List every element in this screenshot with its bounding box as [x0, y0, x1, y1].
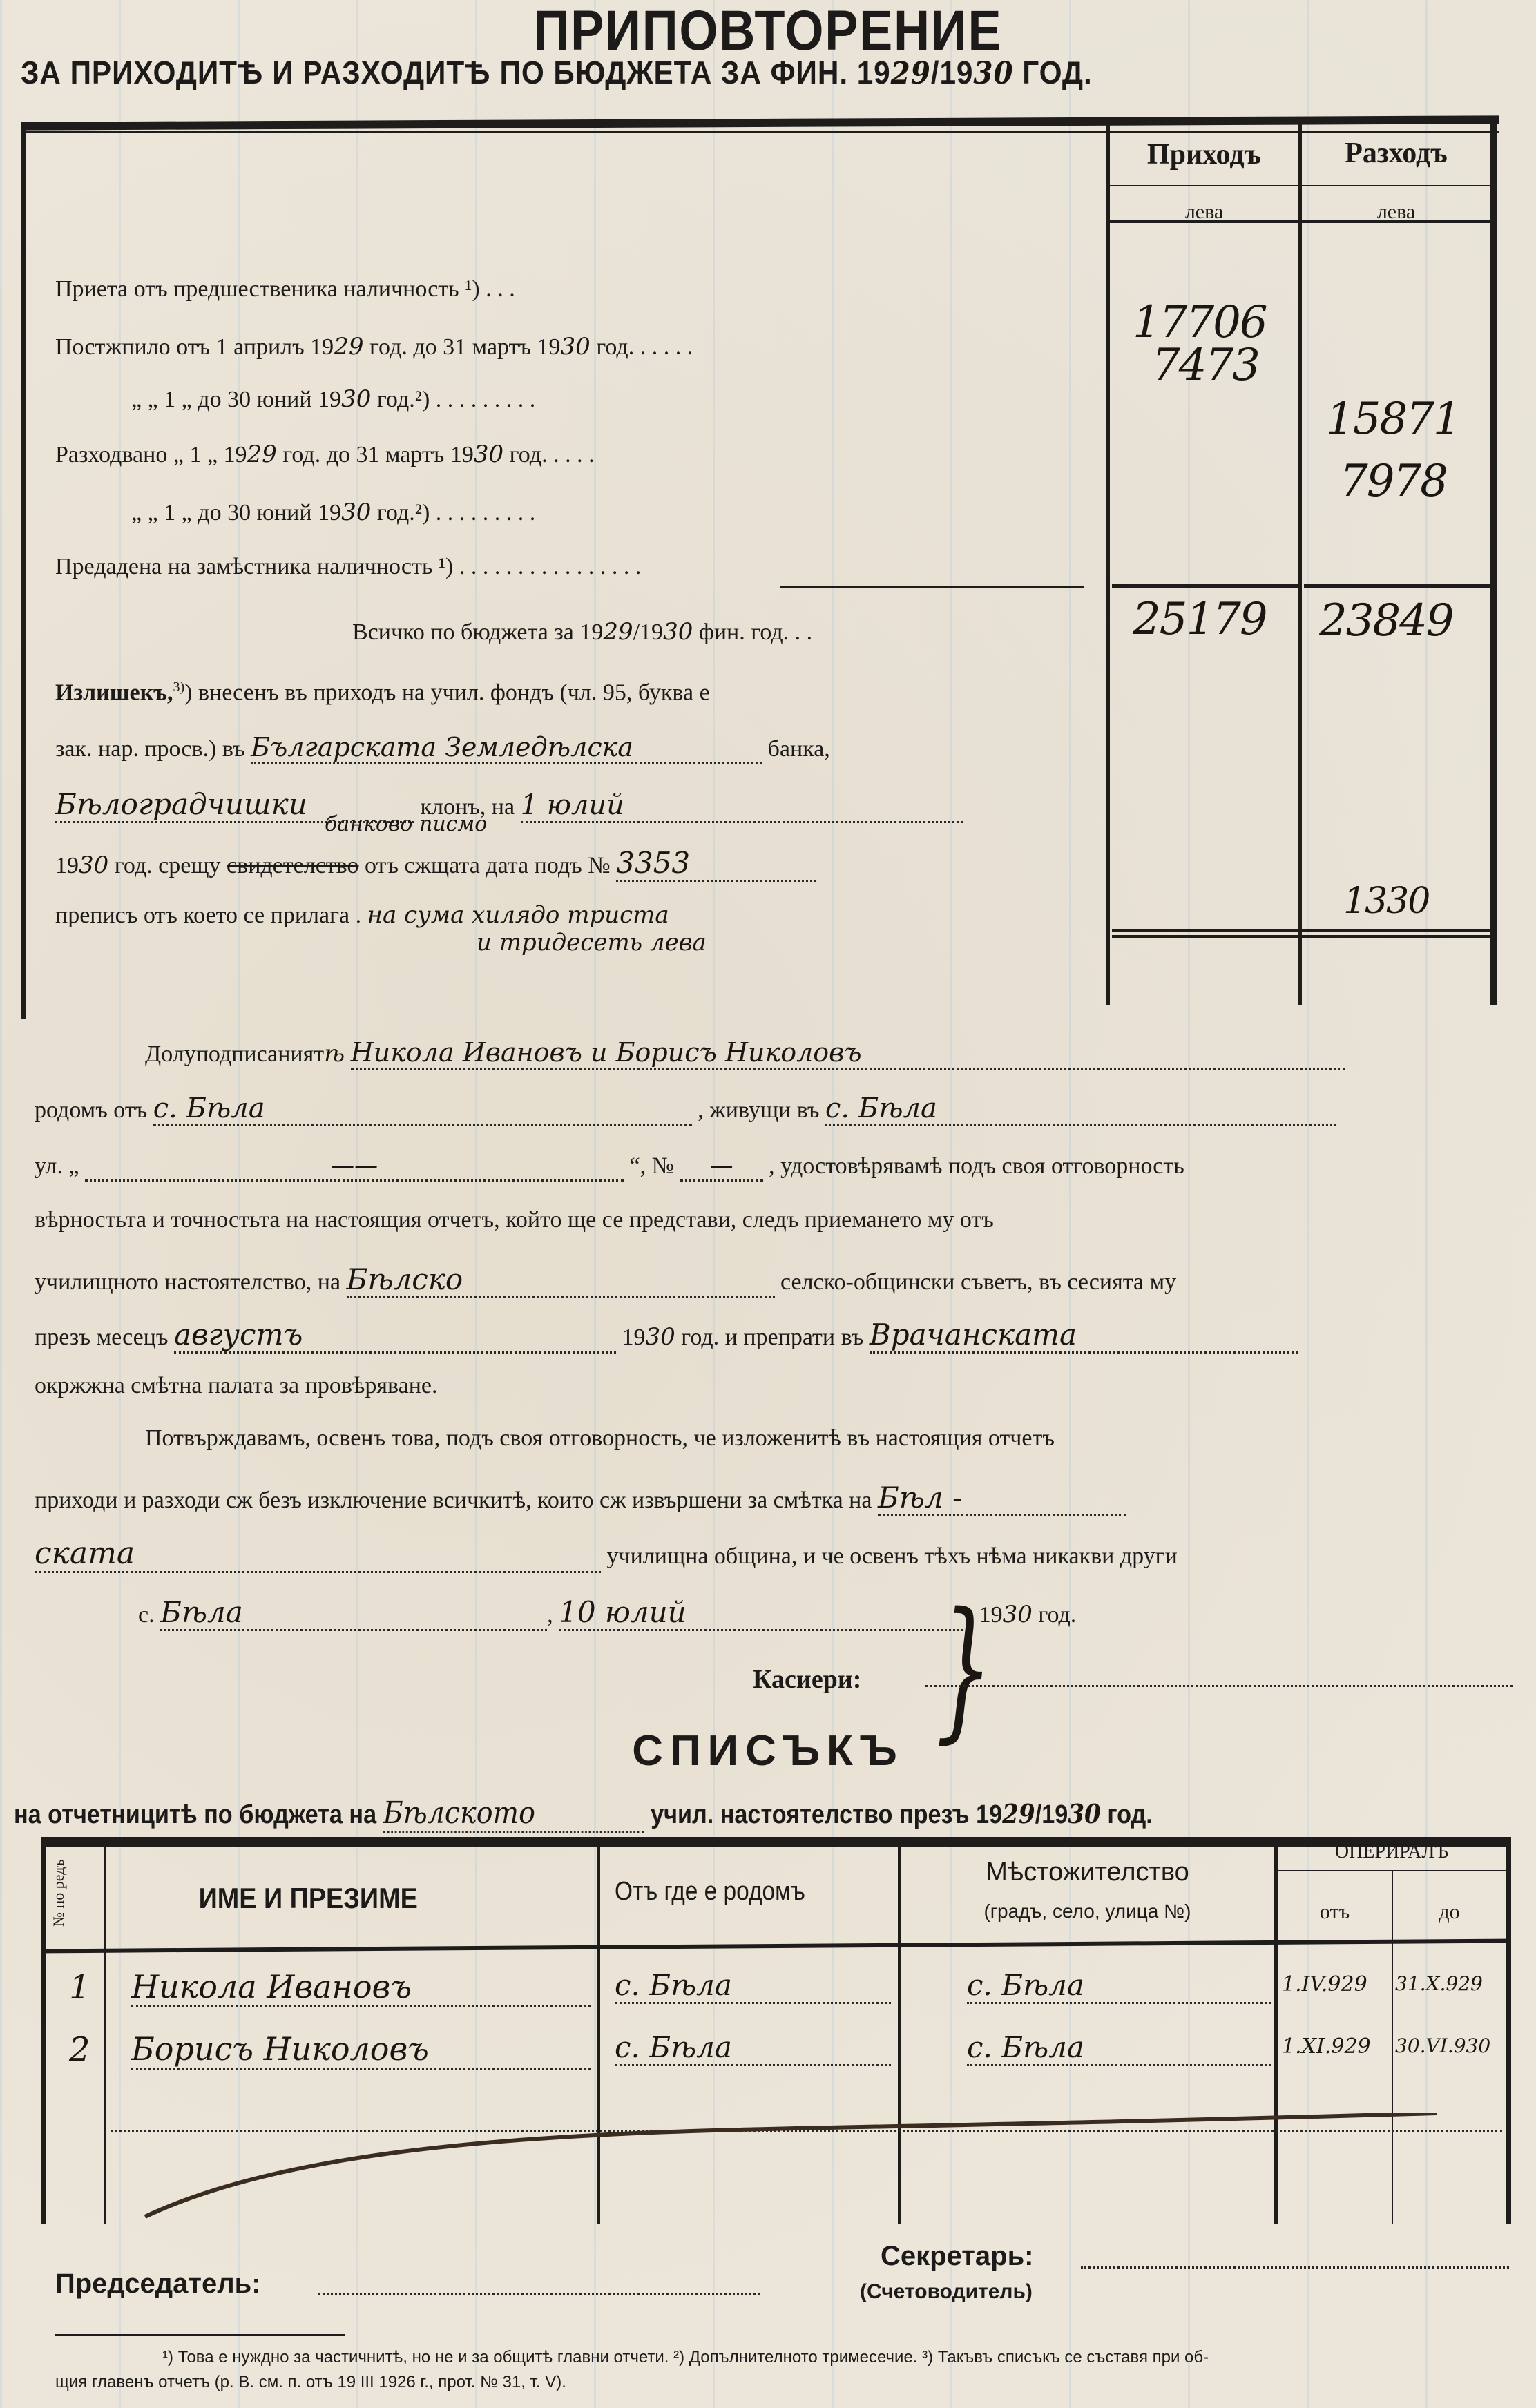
row-origin: с. Бѣла [615, 1968, 891, 2004]
list-header-residence: Мѣстожителство [901, 1858, 1274, 1887]
expense-column-header: Разходъ [1302, 137, 1490, 170]
fiscal-year-to: 30 [973, 56, 1013, 91]
row-operated-from: 1.IV.929 [1282, 1972, 1367, 1996]
audit-chamber: Врачанската [870, 1318, 1298, 1354]
list-header-to: до [1393, 1900, 1506, 1924]
undersigned-names: Никола Ивановъ и Борисъ Николовъ [351, 1037, 1345, 1070]
list-right-border [1506, 1837, 1511, 2224]
document-number: 3353 [616, 846, 816, 882]
row-number: 2 [69, 2030, 90, 2069]
cancel-stroke [138, 2113, 1450, 2224]
list-subtitle: на отчетницитѣ по бюджета на Бѣлското уч… [14, 1795, 1153, 1833]
row-residence: с. Бѣла [967, 2030, 1271, 2066]
session-month: августъ [174, 1318, 616, 1354]
list-header-bottom-rule [46, 1939, 1506, 1954]
column-divider-expense [1298, 122, 1302, 1005]
list-col-divider-1 [104, 1847, 106, 2224]
board-name: Бѣлското [383, 1795, 644, 1833]
amount-in-words-2: и тридесеть лева [477, 929, 707, 956]
signing-place: Бѣла [160, 1595, 547, 1631]
row-name: Борисъ Николовъ [131, 2030, 591, 2070]
confirm-line-1: Потвърждавамъ, освенъ това, подъ своя от… [145, 1425, 1055, 1452]
footnote-line-2: щия главенъ отчетъ (р. В. см. п. отъ 19 … [55, 2373, 566, 2392]
row-operated-to: 31.X.929 [1395, 1972, 1483, 1995]
signing-date: 10 юлий [559, 1595, 973, 1631]
operated-subheader-rule [1278, 1870, 1506, 1871]
community-name-part-2: ската [35, 1536, 601, 1573]
document-subtitle: ЗА ПРИХОДИТѢ И РАЗХОДИТѢ ПО БЮДЖЕТА ЗА Ф… [21, 54, 1093, 91]
row-successor-balance: Предадена на замѣстника наличность ¹) . … [55, 554, 641, 580]
frame-border-top [21, 115, 1499, 130]
list-title: СПИСЪКЪ [0, 1726, 1536, 1775]
column-divider-income [1106, 122, 1110, 1005]
surplus-expense-amount: 1330 [1343, 880, 1429, 922]
header-bottom-rule [1110, 220, 1490, 223]
chair-signature-line [318, 2293, 760, 2295]
list-left-border [41, 1837, 46, 2224]
declaration-line-4: презъ месецъ августъ 1930 год. и препрат… [35, 1318, 1298, 1354]
street-value: —— [85, 1152, 624, 1182]
confirm-line-2: приходи и разходи сж безъ изключение вси… [35, 1481, 1126, 1516]
footnote-rule [55, 2334, 345, 2336]
surplus-line-1: Излишекъ,3)) внесенъ въ приходъ на учил.… [55, 680, 710, 706]
amount-in-words-1: на сума хилядо триста [367, 901, 669, 929]
cashiers-signature-line [925, 1685, 1513, 1687]
community-name-part-1: Бѣл - [878, 1481, 1126, 1516]
row-origin: с. Бѣла [615, 2030, 891, 2066]
secretary-signature-line [1081, 2266, 1509, 2269]
income-column-header: Приходъ [1110, 138, 1298, 171]
row-received-annual: Постжпило отъ 1 априлъ 1929 год. до 31 м… [55, 333, 693, 360]
street-line: ул. „ —— “, № — , удостовѣрявамѣ подъ св… [35, 1152, 1184, 1182]
struck-document-type: свидетелство [227, 853, 358, 878]
frame-border-right [1490, 122, 1497, 1005]
surplus-line-3: Бѣлоградчишки клонъ, на 1 юлий [55, 787, 963, 823]
final-double-rule-1 [1112, 929, 1490, 932]
list-header-no: № по редъ [50, 1859, 68, 1927]
row-residence: с. Бѣла [967, 1968, 1271, 2004]
income-subtotal-rule [1112, 584, 1298, 588]
cashiers-label: Касиери: [753, 1664, 861, 1695]
income-total: 25179 [1133, 594, 1267, 645]
street-number: — [680, 1152, 763, 1182]
footnote-line-1: ¹) Това е нуждно за частичнитѣ, но не и … [162, 2348, 1209, 2367]
surplus-line-5: преписъ отъ което се прилага . на сума х… [55, 901, 669, 929]
list-header-origin: Отъ где е родомъ [615, 1877, 805, 1907]
row-spent-annual: Разходвано „ 1 „ 1929 год. до 31 мартъ 1… [55, 441, 595, 468]
council-name: Бѣлско [347, 1262, 775, 1298]
final-double-rule-2 [1112, 935, 1490, 938]
expense-spent-annual: 15871 [1326, 394, 1460, 445]
subtotal-rule [780, 586, 1084, 588]
expense-subtotal-rule [1304, 584, 1490, 588]
income-received-quarter: 7473 [1152, 340, 1259, 391]
declaration-line-5: окржжна смѣтна палата за провѣряване. [35, 1373, 437, 1399]
row-budget-total: Всичко по бюджета за 1929/1930 фин. год.… [352, 618, 812, 646]
confirm-line-3: ската училищна община, и че освенъ тѣхъ … [35, 1536, 1178, 1573]
expense-total: 23849 [1319, 595, 1453, 646]
list-header-residence-sub: (градъ, село, улица №) [901, 1900, 1274, 1923]
list-header-operated: ОПЕРИРАЛЪ [1278, 1841, 1506, 1863]
born-place: с. Бѣла [153, 1092, 692, 1126]
chair-label: Председатель: [55, 2269, 261, 2300]
row-spent-quarter: „ „ 1 „ до 30 юний 1930 год.²) . . . . .… [131, 499, 535, 526]
frame-border-top-inner [21, 131, 1499, 133]
row-received-quarter: „ „ 1 „ до 30 юний 1930 год.²) . . . . .… [131, 385, 535, 413]
row-number: 1 [69, 1968, 90, 2007]
declaration-line-2: вѣрностьта и точностьта на настоящия отч… [35, 1207, 994, 1233]
inserted-document-type: банково писмо [325, 812, 487, 836]
expense-spent-quarter: 7978 [1340, 456, 1447, 507]
header-rule [1110, 185, 1490, 186]
list-header-from: отъ [1278, 1900, 1392, 1924]
surplus-line-4: 1930 год. срещу свидетелство отъ сжщата … [55, 846, 816, 882]
secretary-sub-label: (Счетоводитель) [860, 2280, 1033, 2304]
fiscal-year-from: 29 [891, 56, 931, 91]
row-name: Никола Ивановъ [131, 1968, 591, 2007]
secretary-label: Секретарь: [881, 2241, 1033, 2272]
frame-border-left [21, 122, 26, 1019]
row-operated-to: 30.VI.930 [1395, 2034, 1490, 2057]
living-place: с. Бѣла [825, 1092, 1336, 1126]
undersigned-line: Долуподписаниятѣ Никола Ивановъ и Борисъ… [145, 1037, 1345, 1070]
row-predecessor-balance: Приета отъ предшественика наличность ¹) … [55, 276, 515, 302]
deposit-date: 1 юлий [521, 789, 963, 823]
origin-line: родомъ отъ с. Бѣла , живущи въ с. Бѣла [35, 1092, 1336, 1126]
list-header-name: ИМЕ И ПРЕЗИМЕ [199, 1882, 418, 1915]
declaration-line-3: училищното настоятелство, на Бѣлско селс… [35, 1262, 1176, 1298]
bank-name: Българската Земледѣлска [251, 732, 762, 764]
surplus-line-2: зак. нар. просв.) въ Българската Земледѣ… [55, 732, 830, 764]
row-operated-from: 1.XI.929 [1282, 2034, 1371, 2059]
